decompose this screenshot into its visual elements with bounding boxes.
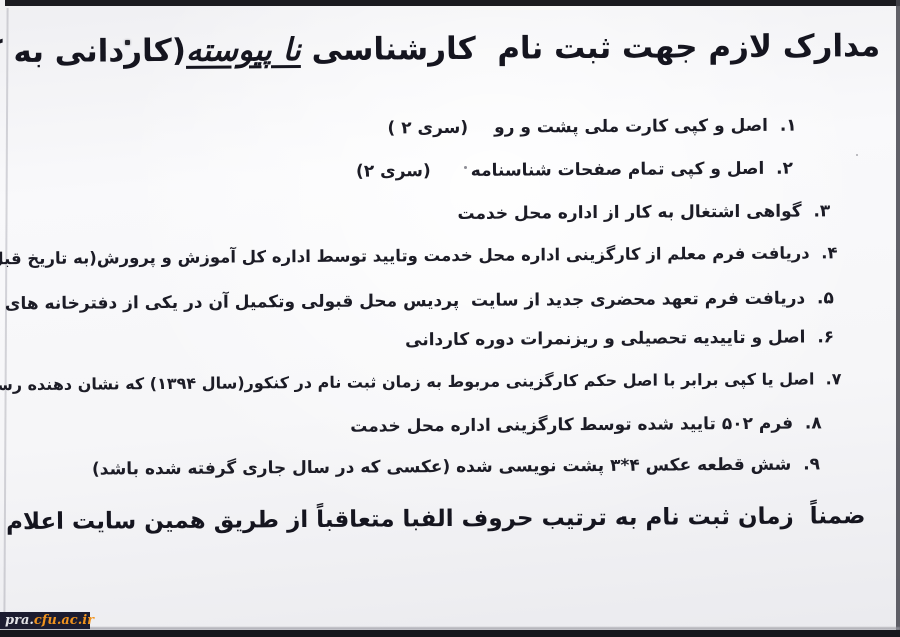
list-item: ۶. اصل و تاییدیه تحصیلی و ریزنمرات دوره … [405, 327, 834, 350]
list-item: ۴. دریافت فرم معلم از کارگزینی اداره محل… [0, 243, 838, 269]
scan-speck [464, 166, 467, 169]
scan-speck [856, 154, 858, 156]
footer-note: ضمناً زمان ثبت نام به ترتیب حروف الفبا م… [0, 503, 865, 536]
list-item-text: ۷. اصل یا کپی برابر با اصل حکم کارگزینی … [0, 369, 841, 395]
list-item-text: ۵. دریافت فرم تعهد محضری جدید از سایت پر… [0, 288, 834, 314]
watermark: pra.cfu.ac.ir [0, 612, 90, 629]
list-item: ۸. فرم ۵۰۲ تایید شده توسط کارگزینی اداره… [350, 413, 822, 436]
title-emphasis-underlined: نا پیوسته [186, 32, 301, 69]
list-item: ۵. دریافت فرم تعهد محضری جدید از سایت پر… [0, 288, 834, 314]
document-title: مدارک لازم جهت ثبت نام کارشناسی نا پیوست… [0, 28, 880, 71]
list-item-text: ۲. اصل و کپی تمام صفحات شناسنامه [471, 159, 793, 181]
title-suffix: (کاردانی به کارشناسی) [0, 33, 186, 72]
list-item: ۹. شش قطعه عکس ۴*۳ پشت نویسی شده (عکسی ک… [92, 454, 820, 479]
list-item-text: ۶. اصل و تاییدیه تحصیلی و ریزنمرات دوره … [405, 327, 834, 350]
list-item-count: (سری ۲) [356, 161, 431, 182]
list-item-text: ۴. دریافت فرم معلم از کارگزینی اداره محل… [0, 243, 838, 269]
list-item-text: ۹. شش قطعه عکس ۴*۳ پشت نویسی شده (عکسی ک… [92, 454, 820, 479]
document-content: مدارک لازم جهت ثبت نام کارشناسی نا پیوست… [0, 0, 900, 637]
list-item: ۱. اصل و کپی کارت ملی پشت و رو (سری ۲ ) [387, 116, 796, 139]
list-item: ۲. اصل و کپی تمام صفحات شناسنامه (سری ۲) [356, 159, 793, 182]
list-item: ۷. اصل یا کپی برابر با اصل حکم کارگزینی … [0, 369, 841, 395]
scanned-document-page: مدارک لازم جهت ثبت نام کارشناسی نا پیوست… [0, 0, 900, 637]
list-item-text: ۱. اصل و کپی کارت ملی پشت و رو [494, 116, 797, 138]
title-prefix: مدارک لازم جهت ثبت نام کارشناسی [301, 28, 881, 68]
watermark-prefix: pra. [2, 614, 34, 627]
list-item: ۳. گواهی اشتغال به کار از اداره محل خدمت [457, 201, 830, 224]
list-item-count: (سری ۲ ) [387, 118, 468, 139]
list-item-text: ۳. گواهی اشتغال به کار از اداره محل خدمت [457, 201, 830, 224]
scan-speck [125, 40, 130, 45]
list-item-text: ۸. فرم ۵۰۲ تایید شده توسط کارگزینی اداره… [350, 413, 822, 436]
watermark-domain: cfu.ac.ir [34, 614, 94, 627]
